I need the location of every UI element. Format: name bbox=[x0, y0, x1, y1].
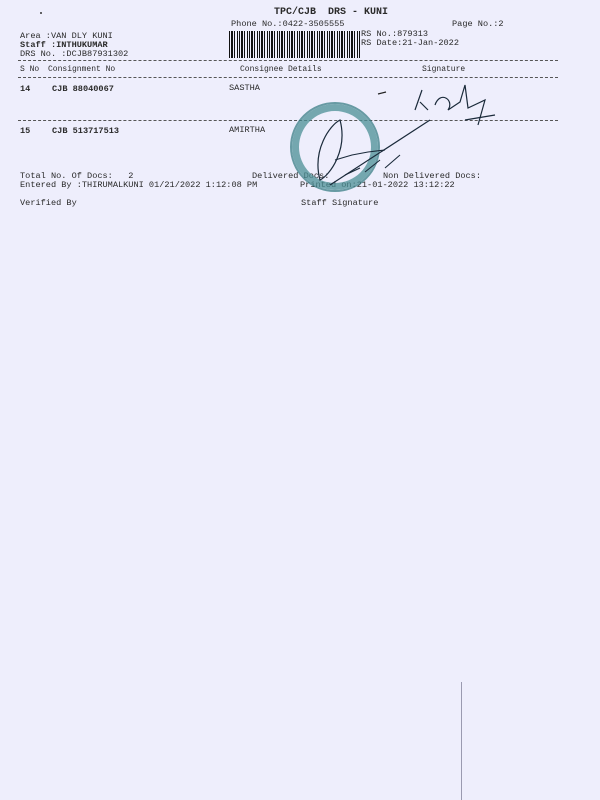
column-consignee-details: Consignee Details bbox=[240, 65, 322, 74]
row-consignment: CJB 88040067 bbox=[52, 84, 114, 94]
column-consignment-no: Consignment No bbox=[48, 65, 115, 74]
column-sno: S No bbox=[20, 65, 39, 74]
scan-speck bbox=[40, 12, 42, 14]
row-sno: 14 bbox=[20, 84, 30, 94]
divider bbox=[18, 60, 558, 61]
document-title: TPC/CJB DRS - KUNI bbox=[274, 7, 388, 18]
column-signature: Signature bbox=[422, 65, 465, 74]
staff-signature-label: Staff Signature bbox=[301, 198, 378, 208]
rs-date: RS Date:21-Jan-2022 bbox=[361, 38, 459, 48]
row-consignee: SASTHA bbox=[229, 83, 260, 93]
row-consignment: CJB 513717513 bbox=[52, 126, 119, 136]
scan-artifact-line bbox=[461, 682, 462, 800]
row-sno: 15 bbox=[20, 126, 30, 136]
handwritten-signature bbox=[290, 80, 520, 190]
divider bbox=[18, 77, 558, 78]
verified-by: Verified By bbox=[20, 198, 77, 208]
page-number: Page No.:2 bbox=[452, 19, 504, 29]
entered-by: Entered By :THIRUMALKUNI 01/21/2022 1:12… bbox=[20, 180, 257, 190]
phone-number: Phone No.:0422-3505555 bbox=[231, 19, 344, 29]
drs-number: DRS No. :DCJB87931302 bbox=[20, 49, 128, 59]
row-consignee: AMIRTHA bbox=[229, 125, 265, 135]
barcode bbox=[229, 31, 361, 58]
